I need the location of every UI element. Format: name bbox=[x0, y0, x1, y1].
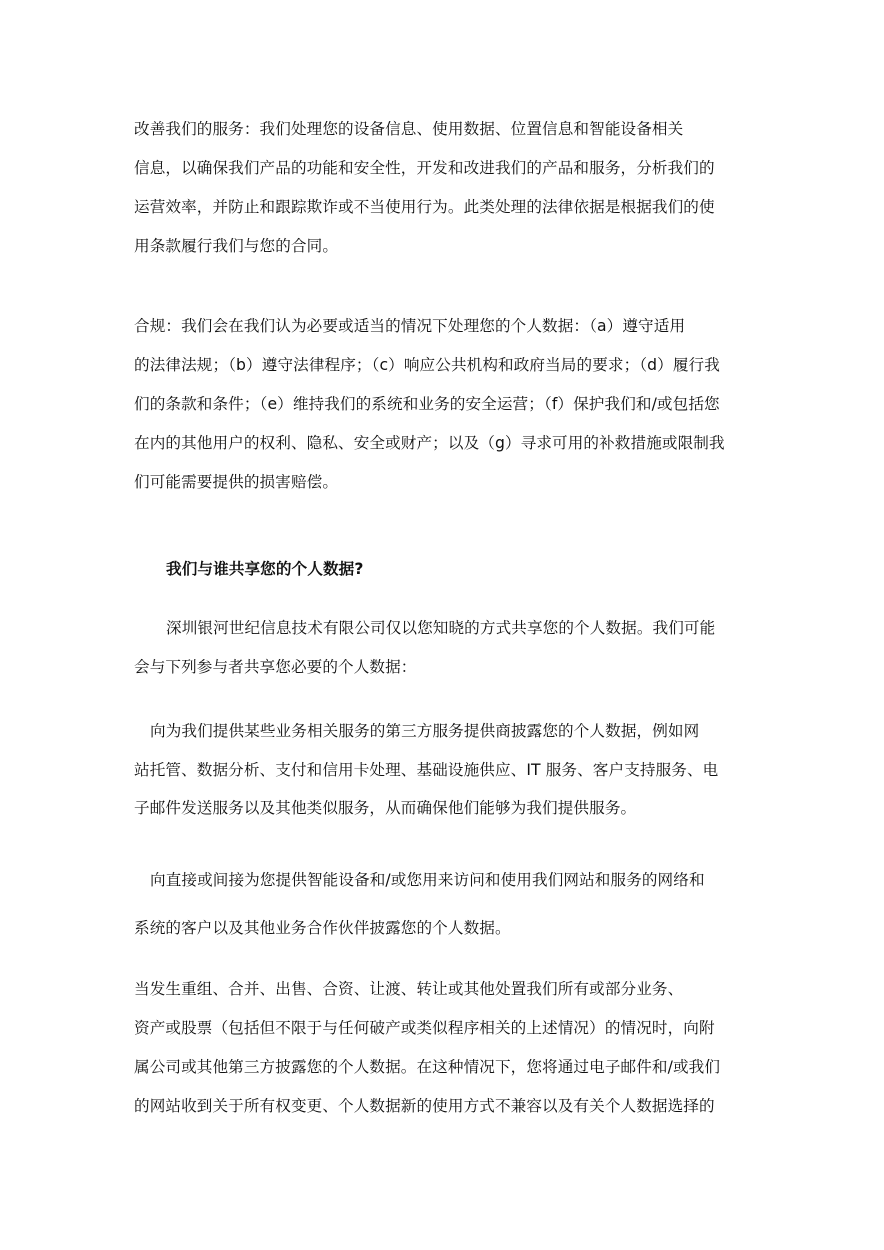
paragraph-line: 用条款履行我们与您的合同。 bbox=[134, 236, 338, 256]
paragraph-line: 属公司或其他第三方披露您的个人数据。在这种情况下，您将通过电子邮件和/或我们 bbox=[134, 1057, 720, 1077]
paragraph-line: 会与下列参与者共享您必要的个人数据： bbox=[134, 657, 417, 677]
paragraph-line: 运营效率，并防止和跟踪欺诈或不当使用行为。此类处理的法律依据是根据我们的使 bbox=[134, 197, 715, 217]
paragraph-line: 信息，以确保我们产品的功能和安全性，开发和改进我们的产品和服务，分析我们的 bbox=[134, 158, 715, 178]
paragraph-line: 当发生重组、合并、出售、合资、让渡、转让或其他处置我们所有或部分业务、 bbox=[134, 979, 683, 999]
paragraph-line: 向直接或间接为您提供智能设备和/或您用来访问和使用我们网站和服务的网络和 bbox=[150, 870, 705, 890]
paragraph-line: 的法律法规；（b）遵守法律程序；（c）响应公共机构和政府当局的要求；（d）履行我 bbox=[134, 355, 720, 375]
paragraph-line: 站托管、数据分析、支付和信用卡处理、基础设施供应、IT 服务、客户支持服务、电 bbox=[134, 760, 718, 780]
paragraph-line: 系统的客户以及其他业务合作伙伴披露您的个人数据。 bbox=[134, 918, 511, 938]
paragraph-line: 改善我们的服务：我们处理您的设备信息、使用数据、位置信息和智能设备相关 bbox=[134, 119, 683, 139]
paragraph-line: 深圳银河世纪信息技术有限公司仅以您知晓的方式共享您的个人数据。我们可能 bbox=[166, 618, 715, 638]
section-heading: 我们与谁共享您的个人数据? bbox=[166, 559, 363, 579]
paragraph-line: 在内的其他用户的权利、隐私、安全或财产；以及（g）寻求可用的补救措施或限制我 bbox=[134, 433, 725, 453]
paragraph-line: 们的条款和条件；（e）维持我们的系统和业务的安全运营；（f）保护我们和/或包括您 bbox=[134, 394, 720, 414]
paragraph-line: 向为我们提供某些业务相关服务的第三方服务提供商披露您的个人数据，例如网 bbox=[150, 721, 699, 741]
paragraph-line: 们可能需要提供的损害赔偿。 bbox=[134, 472, 338, 492]
paragraph-line: 资产或股票（包括但不限于与任何破产或类似程序相关的上述情况）的情况时，向附 bbox=[134, 1018, 715, 1038]
paragraph-line: 合规：我们会在我们认为必要或适当的情况下处理您的个人数据：（a）遵守适用 bbox=[134, 316, 685, 336]
paragraph-line: 的网站收到关于所有权变更、个人数据新的使用方式不兼容以及有关个人数据选择的 bbox=[134, 1096, 715, 1116]
paragraph-line: 子邮件发送服务以及其他类似服务，从而确保他们能够为我们提供服务。 bbox=[134, 798, 636, 818]
